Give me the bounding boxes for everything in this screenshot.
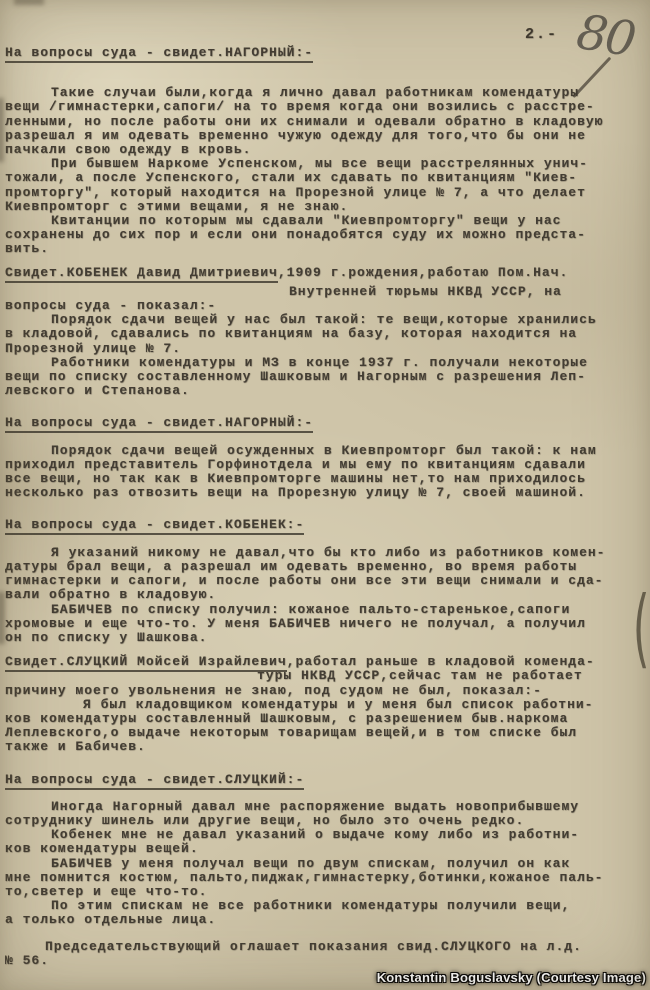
witness-intro-line: Внутренней тюрьмы НКВД УССР, на [5,285,646,299]
paragraph: Председательствующий оглашает показания … [5,940,646,968]
paragraph: Я указаний никому не давал,что бы кто ли… [5,546,646,603]
handwritten-margin-parenthesis: ( [633,588,650,668]
paragraph: Кобенек мне не давал указаний о выдаче к… [5,828,646,856]
witness-intro-line: причину моего увольнения не знаю, под су… [5,684,646,698]
witness-name: Свидет.КОБЕНЕК Давид Дмитриевич [5,265,278,283]
paragraph: Я был кладовщиком комендатуры и у меня б… [5,698,646,755]
paragraph: Порядок сдачи вещей у нас был такой: те … [5,313,646,356]
paragraph: При бывшем Наркоме Успенском, мы все вещ… [5,157,646,214]
section-header-slutsky: На вопросы суда - свидет.СЛУЦКИЙ:- [5,773,646,787]
witness-intro-line: Свидет.КОБЕНЕК Давид Дмитриевич,1909 г.р… [5,266,646,280]
section-header-text: На вопросы суда - свидет.СЛУЦКИЙ:- [5,772,304,790]
witness-name: Свидет.СЛУЦКИЙ Мойсей Израйлевич [5,654,287,672]
paragraph: Порядок сдачи вещей осужденных в Киевпро… [5,444,646,501]
paragraph: БАБИЧЕВ по списку получил: кожаное пальт… [5,603,646,646]
section-header-nagorny-2: На вопросы суда - свидет.НАГОРНЫЙ:- [5,416,646,430]
paragraph: Иногда Нагорный давал мне распоряжение в… [5,800,646,828]
section-header-text: На вопросы суда - свидет.НАГОРНЫЙ:- [5,45,313,63]
paragraph: Работники комендатуры и МЗ в конце 1937 … [5,356,646,399]
document-page: 2.- 80 На вопросы суда - свидет.НАГОРНЫЙ… [0,0,650,990]
witness-intro-kobenek: Свидет.КОБЕНЕК Давид Дмитриевич,1909 г.р… [5,266,646,314]
photo-credit: Konstantin Boguslavsky (Courtesy Image) [377,970,646,985]
witness-details: ,работал раньше в кладовой коменда- [287,654,595,669]
paragraph: Квитанции по которым мы сдавали "Киевпро… [5,214,646,257]
witness-details: ,1909 г.рождения,работаю Пом.Нач. [278,265,568,280]
typewritten-text: На вопросы суда - свидет.НАГОРНЫЙ:- Таки… [0,0,650,990]
section-header-kobenek: На вопросы суда - свидет.КОБЕНЕК:- [5,518,646,532]
paragraph: БАБИЧЕВ у меня получал вещи по двум спис… [5,857,646,900]
paragraph: По этим спискам не все работники коменда… [5,899,646,927]
section-header-text: На вопросы суда - свидет.НАГОРНЫЙ:- [5,415,313,433]
section-header-nagorny-1: На вопросы суда - свидет.НАГОРНЫЙ:- [5,46,646,60]
section-header-text: На вопросы суда - свидет.КОБЕНЕК:- [5,517,304,535]
witness-intro-slutsky: Свидет.СЛУЦКИЙ Мойсей Израйлевич,работал… [5,655,646,698]
paragraph: Такие случаи были,когда я лично давал ра… [5,86,646,157]
